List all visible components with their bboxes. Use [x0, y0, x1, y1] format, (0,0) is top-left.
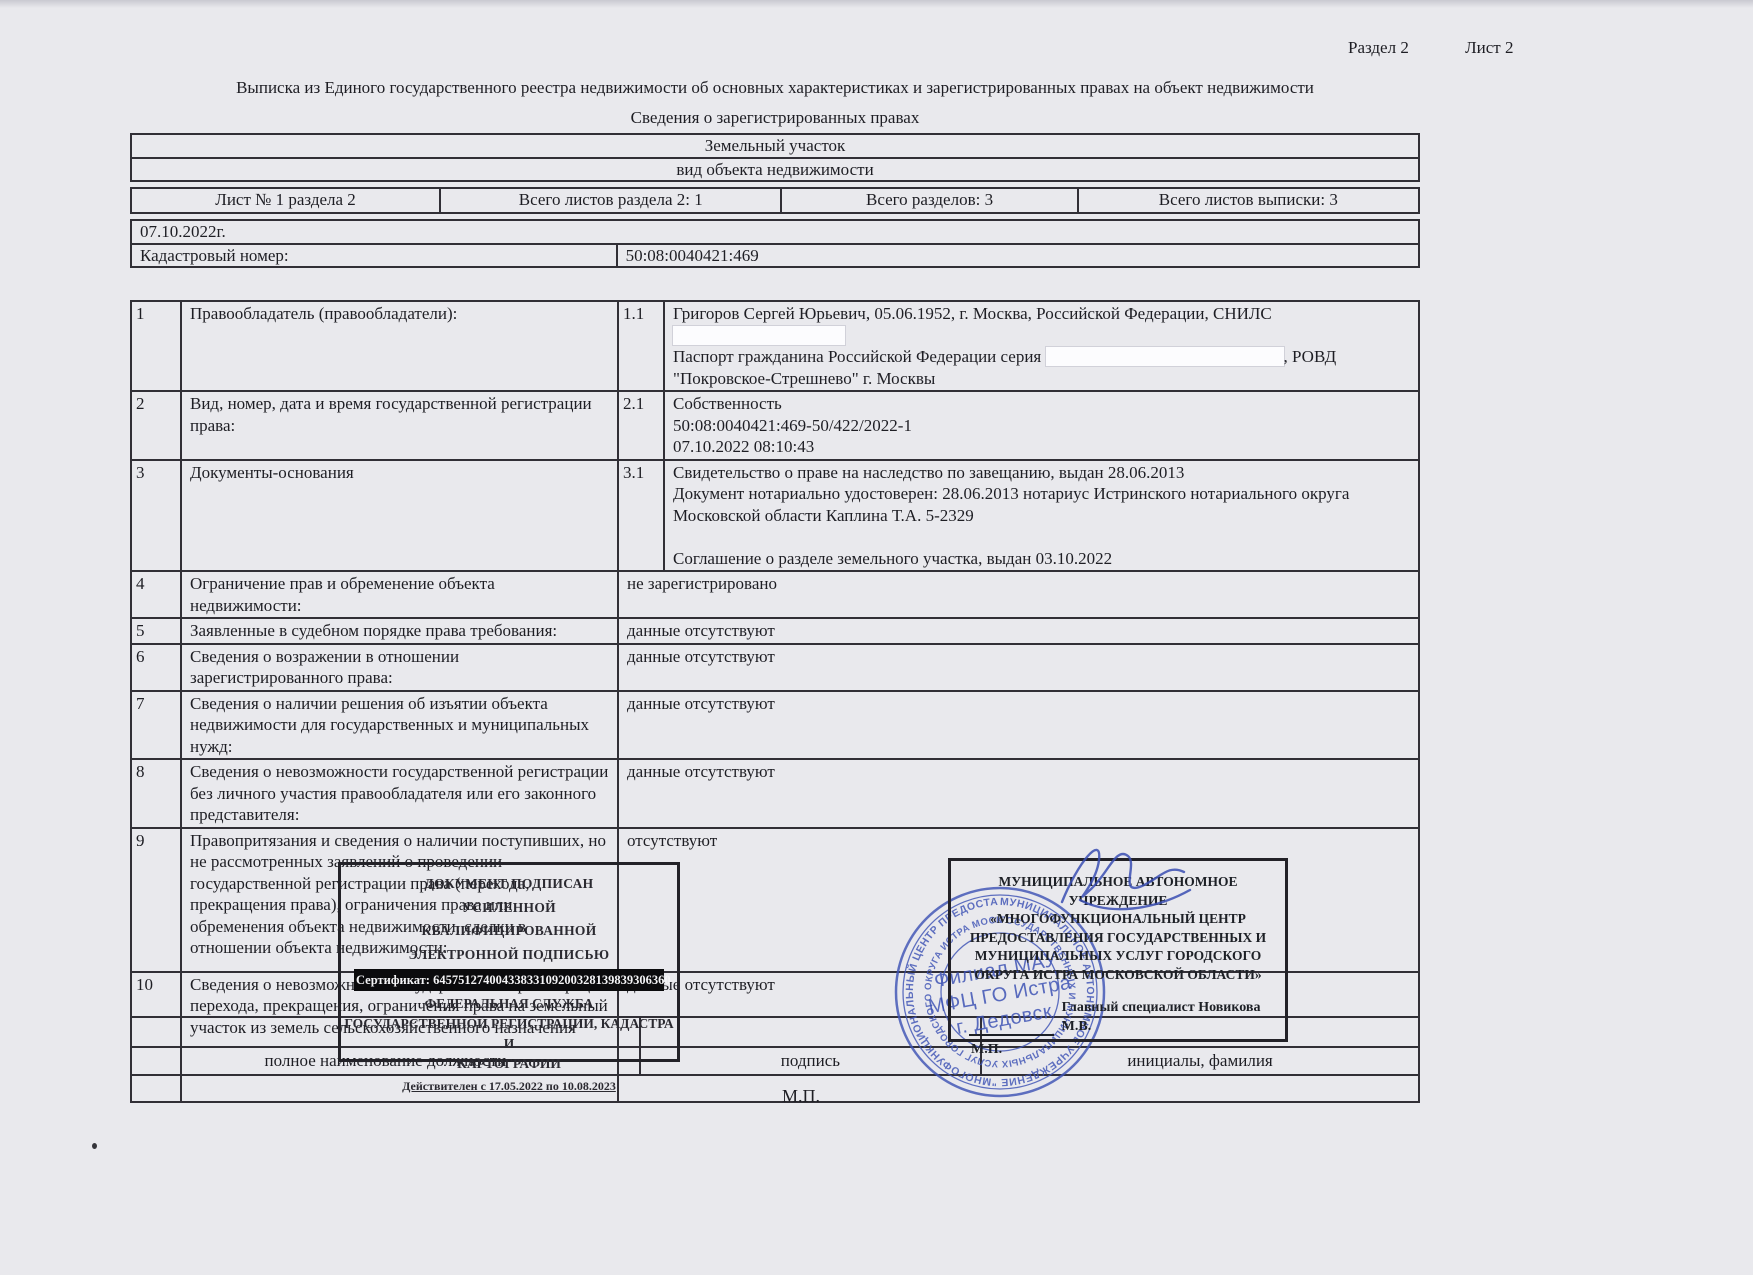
row-label: Сведения о наличии решения об изъятии об…	[181, 691, 618, 760]
row-label: Вид, номер, дата и время государственной…	[181, 391, 618, 460]
esign-validity: Действителен с 17.05.2022 по 10.08.2023	[341, 1077, 677, 1095]
row-label: Сведения о невозможности государственной…	[181, 759, 618, 828]
esign-org: КАРТОГРАФИИ	[341, 1054, 677, 1074]
signature-line	[969, 1022, 1054, 1036]
handwritten-signature	[1052, 828, 1212, 923]
table-row: 4 Ограничение прав и обременение объекта…	[131, 571, 1419, 618]
object-type-table: Земельный участок вид объекта недвижимос…	[130, 133, 1420, 182]
esign-line: УСИЛЕННОЙ	[341, 896, 677, 920]
esign-certificate: Сертификат: 6457512740043383310920032813…	[354, 969, 664, 991]
row-value: данные отсутствуют	[618, 618, 1419, 644]
mfc-org-line: МУНИЦИПАЛЬНЫХ УСЛУГ ГОРОДСКОГО	[961, 947, 1275, 966]
row-label: Сведения о возражении в отношении зареги…	[181, 644, 618, 691]
signer-name: Главный специалист Новикова М.В.	[1062, 999, 1275, 1036]
scan-artifact-dot	[92, 1143, 97, 1149]
extract-date: 07.10.2022г.	[131, 220, 1419, 244]
mfc-org-line: ОКРУГА ИСТРА МОСКОВСКОЙ ОБЛАСТИ»	[961, 966, 1275, 985]
sheet-info-cell: Лист № 1 раздела 2	[131, 188, 440, 213]
sheet-info-cell: Всего листов выписки: 3	[1078, 188, 1419, 213]
redaction-box	[1046, 347, 1284, 366]
mfc-org-line: ПРЕДОСТАВЛЕНИЯ ГОСУДАРСТВЕННЫХ И	[961, 929, 1275, 948]
row-label: Заявленные в судебном порядке права треб…	[181, 618, 618, 644]
cadastral-table: 07.10.2022г. Кадастровый номер: 50:08:00…	[130, 219, 1420, 268]
cadastral-label: Кадастровый номер:	[131, 244, 617, 268]
sheet-label: Лист 2	[1465, 38, 1513, 57]
object-type: Земельный участок	[131, 134, 1419, 158]
table-row: 3 Документы-основания 3.1 Свидетельство …	[131, 460, 1419, 572]
sheet-info-cell: Всего листов раздела 2: 1	[440, 188, 781, 213]
page-corner-labels: Раздел 2 Лист 2	[1348, 38, 1513, 58]
object-type-caption: вид объекта недвижимости	[131, 158, 1419, 182]
row-value: Свидетельство о праве на наследство по з…	[664, 460, 1419, 572]
esign-line: ЭЛЕКТРОННОЙ ПОДПИСЬЮ	[341, 943, 677, 967]
sheet-info-table: Лист № 1 раздела 2 Всего листов раздела …	[130, 187, 1420, 214]
table-row: 5 Заявленные в судебном порядке права тр…	[131, 618, 1419, 644]
esign-line: ДОКУМЕНТ ПОДПИСАН	[341, 872, 677, 896]
seal-place-label: М.П.	[782, 1086, 820, 1107]
row-value: данные отсутствуют	[618, 759, 1419, 828]
table-row: 8 Сведения о невозможности государственн…	[131, 759, 1419, 828]
cadastral-number: 50:08:0040421:469	[617, 244, 1419, 268]
esign-org: ФЕДЕРАЛЬНАЯ СЛУЖБА	[341, 994, 677, 1014]
table-row: 6 Сведения о возражении в отношении заре…	[131, 644, 1419, 691]
mfc-seal-place-label: М.П.	[961, 1041, 1275, 1060]
esignature-stamp: ДОКУМЕНТ ПОДПИСАН УСИЛЕННОЙ КВАЛИФИЦИРОВ…	[338, 862, 680, 1062]
row-value: данные отсутствуют	[618, 644, 1419, 691]
row-label: Документы-основания	[181, 460, 618, 572]
esign-org: ГОСУДАРСТВЕННОЙ РЕГИСТРАЦИИ, КАДАСТРА И	[341, 1014, 677, 1054]
row-value: не зарегистрировано	[618, 571, 1419, 618]
row-label: Правообладатель (правообладатели):	[181, 301, 618, 391]
table-row: 7 Сведения о наличии решения об изъятии …	[131, 691, 1419, 760]
sheet-info-cell: Всего разделов: 3	[781, 188, 1077, 213]
table-row: 2 Вид, номер, дата и время государственн…	[131, 391, 1419, 460]
row-value: Собственность 50:08:0040421:469-50/422/2…	[664, 391, 1419, 460]
row-value: данные отсутствуют	[618, 691, 1419, 760]
esign-line: КВАЛИФИЦИРОВАННОЙ	[341, 919, 677, 943]
row-label: Ограничение прав и обременение объекта н…	[181, 571, 618, 618]
redaction-box	[673, 326, 845, 345]
section-label: Раздел 2	[1348, 38, 1409, 57]
row-value: Григоров Сергей Юрьевич, 05.06.1952, г. …	[664, 301, 1419, 391]
document-title: Выписка из Единого государственного реес…	[130, 78, 1420, 98]
document-subtitle: Сведения о зарегистрированных правах	[130, 108, 1420, 128]
scanned-document-page: { "page": { "section_label": "Раздел 2",…	[0, 0, 1753, 1275]
table-row: 1 Правообладатель (правообладатели): 1.1…	[131, 301, 1419, 391]
